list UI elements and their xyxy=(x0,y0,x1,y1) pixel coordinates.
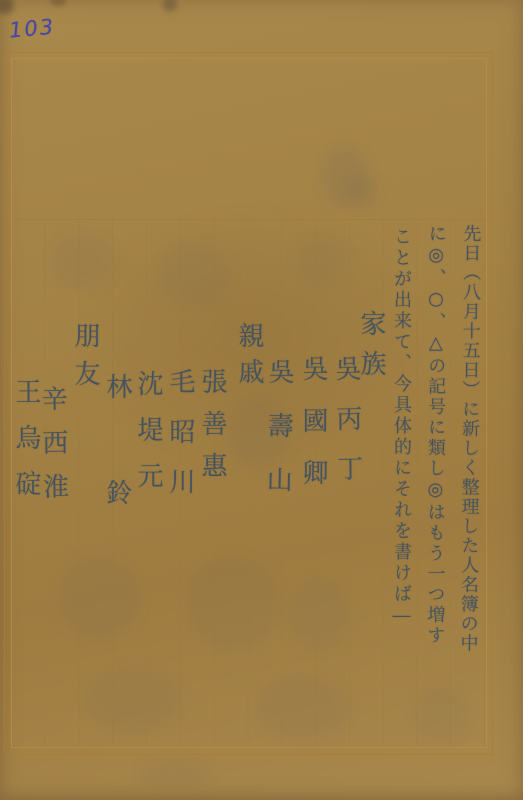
scan-edge-mark xyxy=(50,0,66,6)
handwritten-text-column-2: に◎、○、△の記号に類し◎はもう一つ増す xyxy=(419,224,446,646)
scan-edge-mark xyxy=(0,0,14,14)
handwritten-text-column-3: ことが出来て、今具体的にそれを書けば― xyxy=(386,227,412,629)
handwritten-name: 吳國卿 xyxy=(297,355,329,511)
paper-smudge xyxy=(140,762,210,786)
handwritten-name: 毛昭川 xyxy=(164,368,196,518)
vertical-ruled-columns xyxy=(12,219,485,747)
handwritten-text-column-1: 先日（八月十五日）に新しく整理した人名簿の中 xyxy=(453,224,482,653)
handwritten-name: 林鈴 xyxy=(101,373,133,585)
handwritten-name: 沈堤元 xyxy=(132,370,164,508)
page-number-annotation: 103 xyxy=(8,13,70,42)
group-header-relatives: 親戚 xyxy=(233,322,265,394)
handwritten-name: 吳壽山 xyxy=(261,358,296,521)
handwritten-name: 吳丙丁 xyxy=(330,355,365,506)
handwritten-name: 張善惠 xyxy=(196,368,228,494)
group-header-friends: 朋友 xyxy=(69,322,101,398)
manuscript-page: 103 先日（八月十五日）に新しく整理した人名簿の中 に◎、○、△の記号に類し◎… xyxy=(0,0,523,800)
scan-edge-mark xyxy=(163,0,177,12)
handwritten-name: 王烏碇 xyxy=(10,378,42,516)
